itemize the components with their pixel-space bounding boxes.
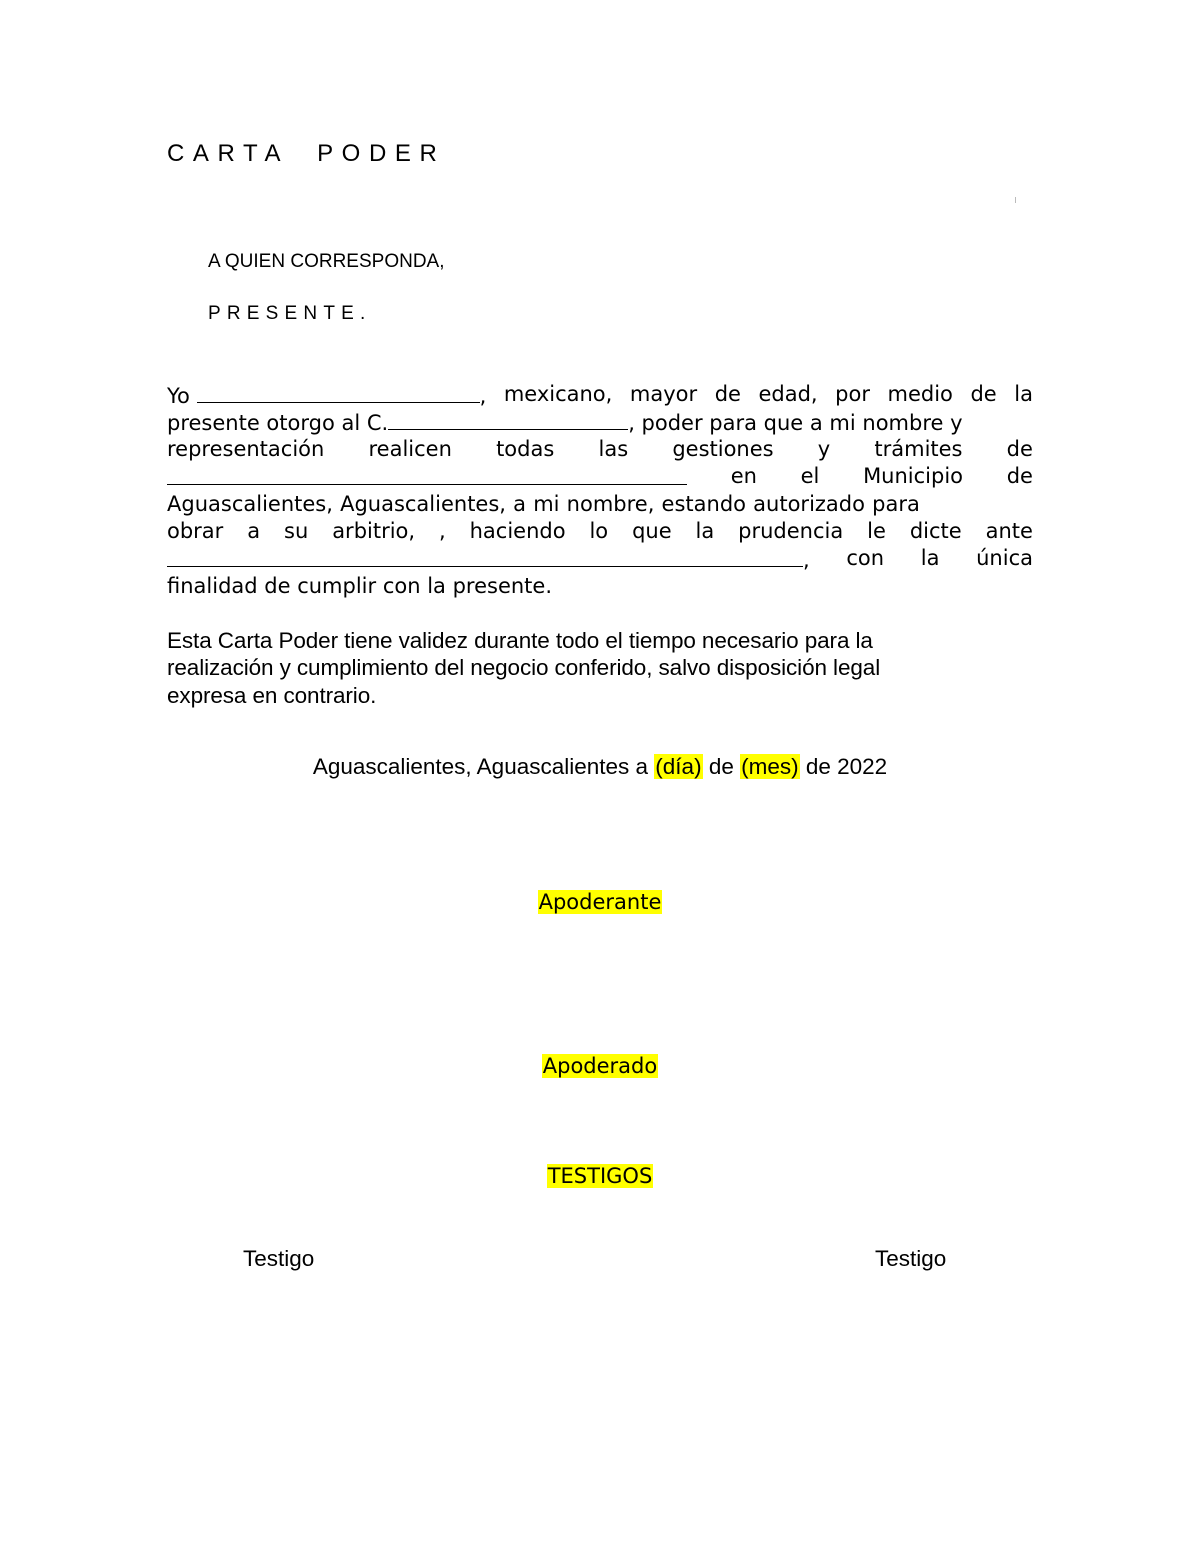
witness-right-label: Testigo <box>875 1246 946 1272</box>
para1-line-4: enelMunicipiode <box>167 463 1033 490</box>
month-placeholder[interactable]: (mes) <box>740 754 800 779</box>
witness-left-label: Testigo <box>243 1246 314 1272</box>
signature-apoderado: Apoderado <box>0 1054 1200 1078</box>
para1-line-6: obrarasuarbitrio,,haciendoloquelaprudenc… <box>167 518 1033 545</box>
signature-apoderante: Apoderante <box>0 890 1200 914</box>
document-page: CARTA PODER A QUIEN CORRESPONDA, PRESENT… <box>0 0 1200 1553</box>
procedures-blank[interactable] <box>167 463 687 485</box>
para1-line-3: representaciónrealicentodaslasgestionesy… <box>167 436 1033 463</box>
para1-line-8: finalidad de cumplir con la presente. <box>167 573 1033 600</box>
para1-line-5: Aguascalientes, Aguascalientes, a mi nom… <box>167 491 1033 518</box>
day-placeholder[interactable]: (día) <box>654 754 702 779</box>
para1-line-2: presente otorgo al C., poder para que a … <box>167 408 1033 435</box>
attorney-name-blank[interactable] <box>388 408 628 430</box>
text-yo: Yo <box>167 384 190 408</box>
date-line: Aguascalientes, Aguascalientes a (día) d… <box>0 754 1200 780</box>
validity-paragraph: Esta Carta Poder tiene validez durante t… <box>167 627 1033 709</box>
stray-mark <box>1015 197 1016 203</box>
presente-heading: PRESENTE. <box>208 303 372 325</box>
document-title: CARTA PODER <box>167 140 445 168</box>
authority-blank[interactable] <box>167 545 803 567</box>
salutation: A QUIEN CORRESPONDA, <box>208 251 445 273</box>
text-mexicano: , <box>480 384 487 408</box>
para1-line-7: , conlaúnica <box>167 545 1033 572</box>
grantor-name-blank[interactable] <box>197 381 480 403</box>
grant-paragraph: Yo , mexicano,mayordeedad,pormediodela p… <box>167 381 1033 600</box>
para1-line-1: Yo , mexicano,mayordeedad,pormediodela <box>167 381 1033 408</box>
witnesses-heading: TESTIGOS <box>0 1164 1200 1188</box>
